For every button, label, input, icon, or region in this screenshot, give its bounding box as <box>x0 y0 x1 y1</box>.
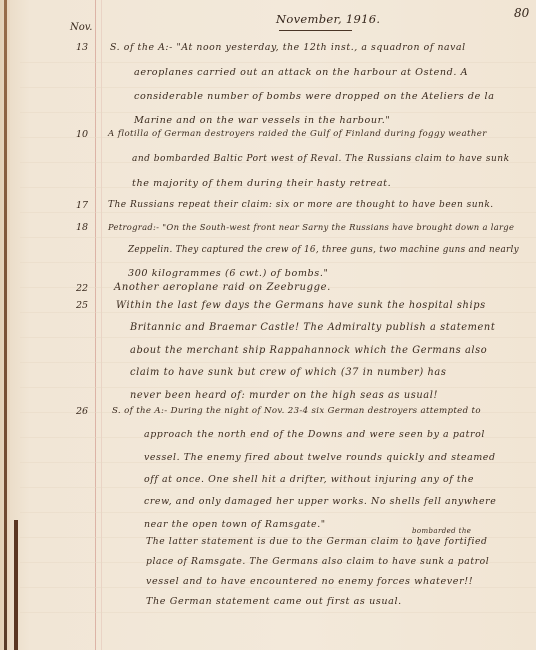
entry-line: The Russians repeat their claim: six or … <box>108 200 494 210</box>
margin-rule <box>95 0 96 650</box>
entry-line: The German statement came out first as u… <box>146 596 402 607</box>
entry-line: and bombarded Baltic Port west of Reval.… <box>132 154 510 164</box>
entry-date: 18 <box>76 222 88 233</box>
title-underline <box>279 30 352 31</box>
entry-line: Zeppelin. They captured the crew of 16, … <box>128 245 519 255</box>
entry-line: Petrograd:- "On the South-west front nea… <box>108 222 514 232</box>
ruled-line <box>20 262 536 263</box>
entry-line: claim to have sunk but crew of which (37… <box>130 367 446 378</box>
entry-line: The latter statement is due to the Germa… <box>146 536 488 547</box>
entry-line: considerable number of bombs were droppe… <box>134 91 495 102</box>
entry-line: S. of the A:- "At noon yesterday, the 12… <box>110 42 466 53</box>
ruled-line <box>20 337 536 338</box>
entry-line: vessel. The enemy fired about twelve rou… <box>144 452 496 463</box>
entry-line: Marine and on the war vessels in the har… <box>134 115 390 126</box>
ruled-line <box>20 312 536 313</box>
ruled-line <box>20 62 536 63</box>
ruled-line <box>20 362 536 363</box>
entry-date: 17 <box>76 200 88 211</box>
ruled-line <box>20 587 536 588</box>
entry-line: aeroplanes carried out an attack on the … <box>134 67 468 78</box>
ruled-line <box>20 512 536 513</box>
book-binding-edge <box>14 520 18 650</box>
entry-line: the majority of them during their hasty … <box>132 178 391 189</box>
month-label: Nov. <box>70 22 92 33</box>
entry-line: vessel and to have encountered no enemy … <box>146 576 473 587</box>
entry-date: 22 <box>76 283 88 294</box>
ruled-line <box>20 612 536 613</box>
interlinear-insertion: bombarded the <box>412 527 471 535</box>
entry-line: Within the last few days the Germans hav… <box>116 300 486 311</box>
ruled-line <box>20 387 536 388</box>
page-title: November, 1916. <box>276 12 380 26</box>
entry-date: 13 <box>76 42 88 53</box>
margin-rule-faint <box>101 0 102 650</box>
entry-date: 25 <box>76 300 88 311</box>
entry-line: S. of the A:- During the night of Nov. 2… <box>112 406 481 416</box>
entry-line: near the open town of Ramsgate." <box>144 519 326 530</box>
ruled-line <box>20 487 536 488</box>
entry-line: place of Ramsgate. The Germans also clai… <box>146 556 489 567</box>
entry-line: never been heard of: murder on the high … <box>130 390 438 401</box>
entry-line: Another aeroplane raid on Zeebrugge. <box>114 282 331 293</box>
entry-line: approach the north end of the Downs and … <box>144 429 485 440</box>
entry-line: about the merchant ship Rappahannock whi… <box>130 345 487 356</box>
entry-date: 26 <box>76 406 88 417</box>
entry-line: crew, and only damaged her upper works. … <box>144 496 496 507</box>
ruled-line <box>20 237 536 238</box>
ruled-line <box>20 212 536 213</box>
journal-page: November, 1916. 80 Nov. 13 S. of the A:-… <box>0 0 536 650</box>
page-number: 80 <box>514 6 529 20</box>
entry-line: 300 kilogrammes (6 cwt.) of bombs." <box>128 268 328 279</box>
book-binding <box>4 0 7 650</box>
ruled-line <box>20 112 536 113</box>
entry-line: off at once. One shell hit a drifter, wi… <box>144 474 474 485</box>
entry-line: A flotilla of German destroyers raided t… <box>108 129 487 139</box>
entry-date: 10 <box>76 129 88 140</box>
ruled-line <box>20 87 536 88</box>
entry-line: Britannic and Braemar Castle! The Admira… <box>130 322 495 333</box>
